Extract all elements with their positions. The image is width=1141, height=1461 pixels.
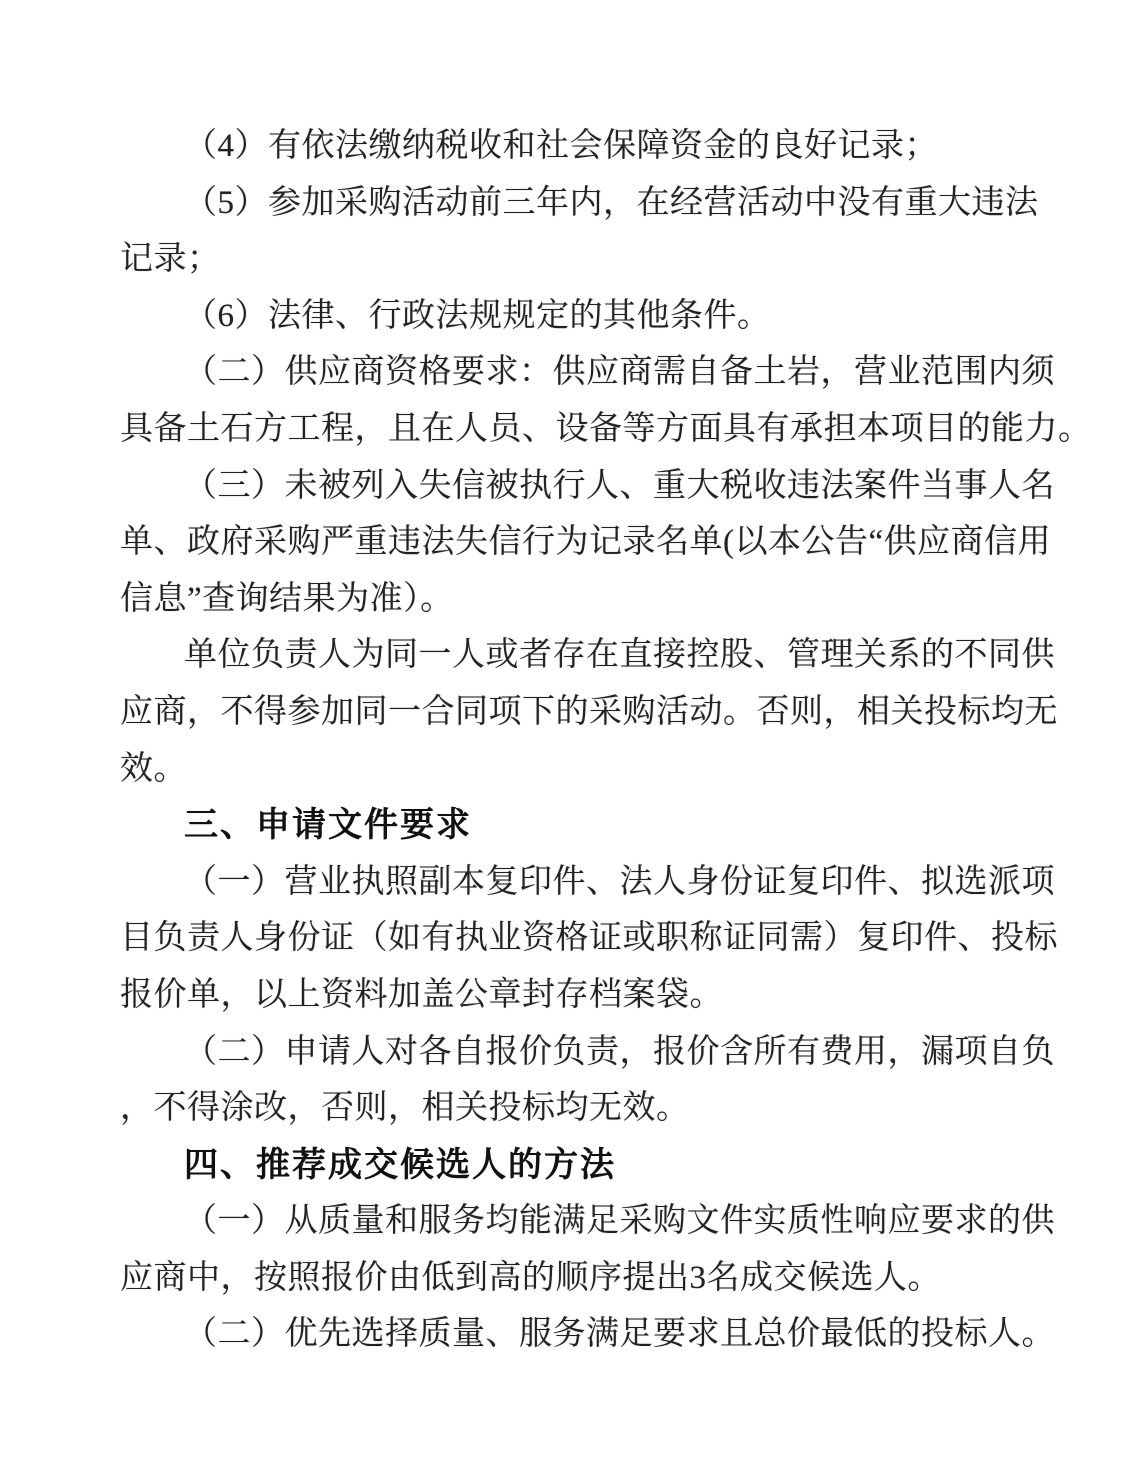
doc-line: （二）申请人对各自报价负责，报价含所有费用，漏项自负: [120, 1024, 1045, 1081]
document-page: （4）有依法缴纳税收和社会保障资金的良好记录；（5）参加采购活动前三年内，在经营…: [0, 0, 1141, 1461]
doc-line: 具备土石方工程，且在人员、设备等方面具有承担本项目的能力。: [120, 401, 1045, 458]
doc-line: （二）供应商资格要求：供应商需自备土岩，营业范围内须: [120, 344, 1045, 401]
doc-line: 单位负责人为同一人或者存在直接控股、管理关系的不同供: [120, 627, 1045, 684]
doc-line: 应商，不得参加同一合同项下的采购活动。否则，相关投标均无: [120, 684, 1045, 741]
doc-line: 三、申请文件要求: [120, 797, 1045, 854]
doc-line: （5）参加采购活动前三年内，在经营活动中没有重大违法: [120, 175, 1045, 232]
doc-line: 报价单，以上资料加盖公章封存档案袋。: [120, 967, 1045, 1024]
doc-line: 效。: [120, 741, 1045, 798]
doc-line: 信息”查询结果为准）。: [120, 571, 1045, 628]
doc-line: 四、推荐成交候选人的方法: [120, 1137, 1045, 1194]
doc-line: （一）从质量和服务均能满足采购文件实质性响应要求的供: [120, 1193, 1045, 1250]
doc-line: 记录；: [120, 231, 1045, 288]
doc-line: ，不得涂改，否则，相关投标均无效。: [120, 1080, 1045, 1137]
doc-line: （4）有依法缴纳税收和社会保障资金的良好记录；: [120, 118, 1045, 175]
doc-line: 单、政府采购严重违法失信行为记录名单(以本公告“供应商信用: [120, 514, 1045, 571]
doc-line: （6）法律、行政法规规定的其他条件。: [120, 288, 1045, 345]
doc-line: 目负责人身份证（如有执业资格证或职称证同需）复印件、投标: [120, 910, 1045, 967]
doc-line: 应商中，按照报价由低到高的顺序提出3名成交候选人。: [120, 1250, 1045, 1307]
doc-line: （一）营业执照副本复印件、法人身份证复印件、拟选派项: [120, 854, 1045, 911]
document-text-block: （4）有依法缴纳税收和社会保障资金的良好记录；（5）参加采购活动前三年内，在经营…: [120, 118, 1045, 1363]
doc-line: （二）优先选择质量、服务满足要求且总价最低的投标人。: [120, 1306, 1045, 1363]
doc-line: （三）未被列入失信被执行人、重大税收违法案件当事人名: [120, 458, 1045, 515]
